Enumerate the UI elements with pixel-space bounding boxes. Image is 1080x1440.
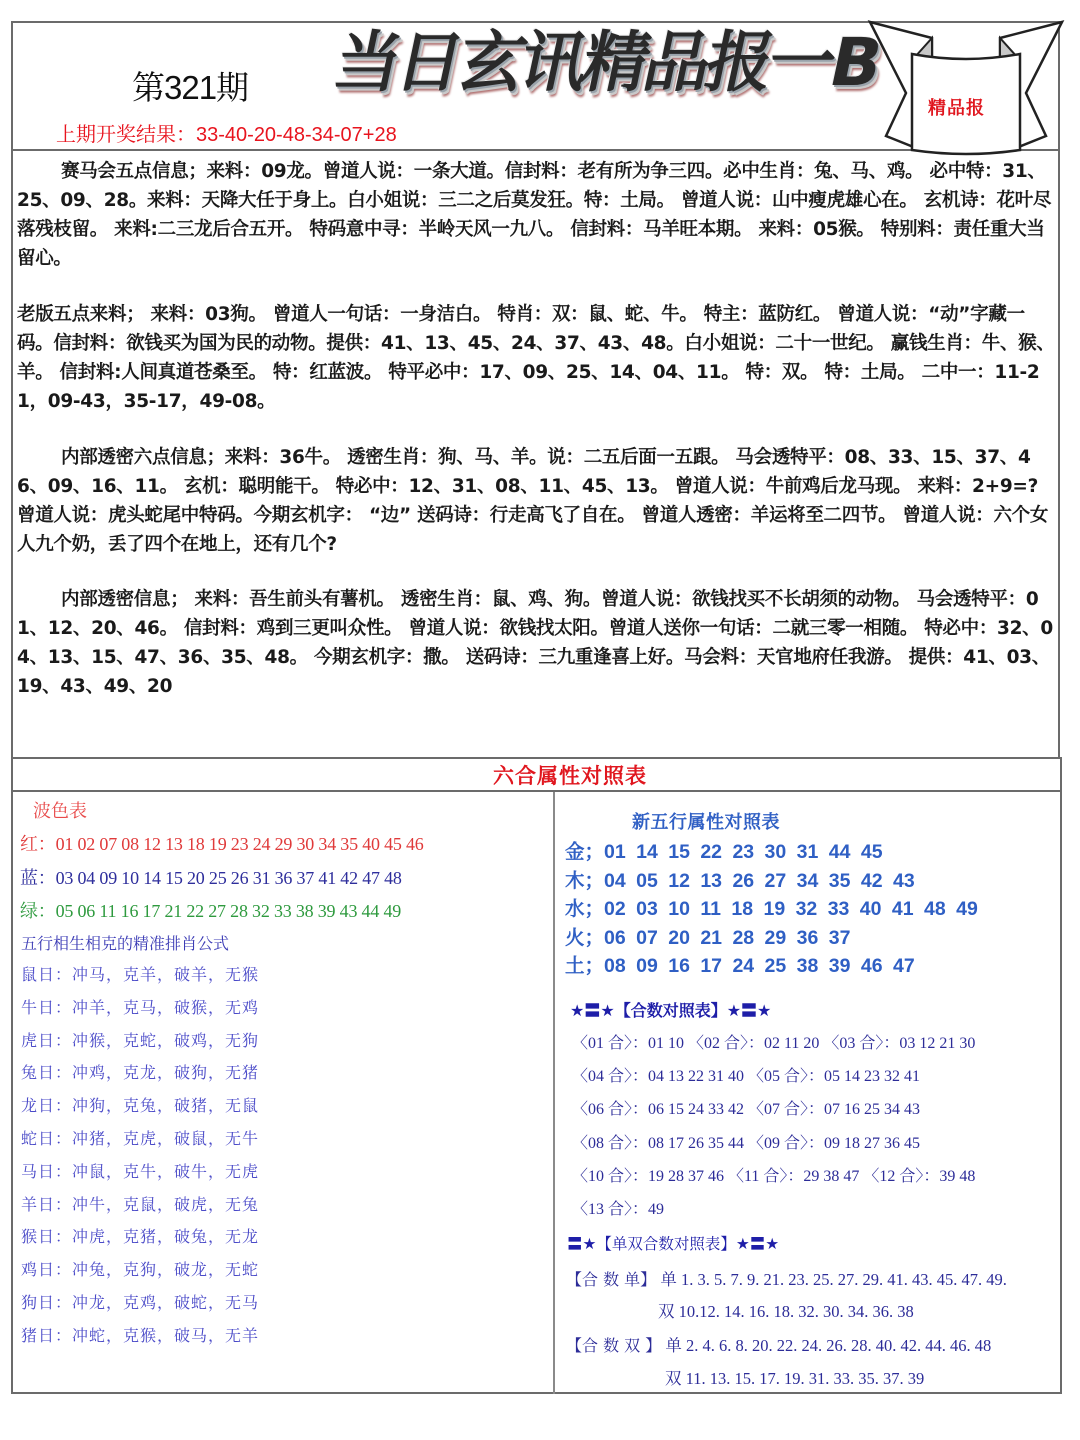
wuxing-numbers: 04 05 12 13 26 27 34 35 42 43 — [604, 870, 915, 892]
list-item: 〈01 合〉：01 10 〈02 合〉：02 11 20 〈03 合〉：03 1… — [572, 1030, 975, 1063]
wuxing-table-title: 新五行属性对照表 — [632, 808, 780, 834]
column-divider — [553, 792, 555, 1394]
wuxing-numbers: 01 14 15 22 23 30 31 44 45 — [604, 841, 883, 863]
info-paragraph-neibu-liudian: 内部透密六点信息；来料：36牛。 透密生肖：狗、马、羊。说：二五后面一五跟。 马… — [17, 443, 1057, 559]
ribbon-label: 精品报 — [928, 94, 985, 120]
wuxing-row-earth: 土；08 09 16 17 24 25 38 39 46 47 — [565, 950, 978, 979]
list-item: 〈06 合〉：06 15 24 33 42 〈07 合〉：07 16 25 34… — [572, 1096, 975, 1129]
wuxing-row-fire: 火；06 07 20 21 28 29 36 37 — [565, 922, 978, 951]
wuxing-list: 金；01 14 15 22 23 30 31 44 45 木；04 05 12 … — [565, 836, 978, 979]
issue-number: 第321期 — [132, 62, 248, 109]
attribute-table-title: 六合属性对照表 — [0, 760, 1080, 790]
wuxing-label: 水； — [565, 897, 604, 920]
list-item: 〈04 合〉：04 13 22 31 40 〈05 合〉：05 14 23 32… — [572, 1063, 975, 1096]
info-paragraph-neibu: 内部透密信息； 来料：吾生前头有薯机。 透密生肖：鼠、鸡、狗。曾道人说：欲钱找买… — [17, 585, 1057, 701]
wave-row-blue: 蓝：03 04 09 10 14 15 20 25 26 31 36 37 41… — [20, 864, 402, 890]
list-item: 牛日：冲羊，克马，破猴，无鸡 — [21, 995, 259, 1028]
list-item: 蛇日：冲猪，克虎，破鼠，无牛 — [21, 1126, 259, 1159]
list-item: 〈13 合〉：49 — [572, 1196, 975, 1229]
even-sum-single-values: 单 2. 4. 6. 8. 20. 22. 24. 26. 28. 40. 42… — [665, 1336, 991, 1355]
odd-sum-single-row: 【合 数 单】 单 1. 3. 5. 7. 9. 21. 23. 25. 27.… — [566, 1266, 1007, 1290]
list-item: 虎日：冲猴，克蛇，破鸡，无狗 — [21, 1028, 259, 1061]
wuxing-numbers: 06 07 20 21 28 29 36 37 — [604, 927, 850, 949]
odd-sum-tag: 【合 数 单】 — [566, 1270, 656, 1289]
wuxing-label: 木； — [565, 869, 604, 892]
wuxing-numbers: 08 09 16 17 24 25 38 39 46 47 — [604, 955, 915, 977]
wuxing-label: 火； — [565, 926, 604, 949]
formula-title: 五行相生相克的精准排肖公式 — [21, 931, 229, 954]
even-sum-single-row: 【合 数 双 】 单 2. 4. 6. 8. 20. 22. 24. 26. 2… — [566, 1332, 991, 1356]
wuxing-row-metal: 金；01 14 15 22 23 30 31 44 45 — [565, 836, 978, 865]
wuxing-row-wood: 木；04 05 12 13 26 27 34 35 42 43 — [565, 865, 978, 894]
banner-title: 当日玄讯精品报一B — [328, 30, 884, 96]
even-sum-double-row: 双 11. 13. 15. 17. 19. 31. 33. 35. 37. 39 — [665, 1365, 924, 1389]
list-item: 鼠日：冲马，克羊，破羊，无猴 — [21, 962, 259, 995]
table-title-divider — [11, 790, 1062, 792]
ribbon-badge-icon — [866, 18, 1066, 160]
list-item: 〈08 合〉：08 17 26 35 44 〈09 合〉：09 18 27 36… — [572, 1130, 975, 1163]
wave-table-title: 波色表 — [33, 797, 87, 823]
heshu-list: 〈01 合〉：01 10 〈02 合〉：02 11 20 〈03 合〉：03 1… — [572, 1030, 975, 1229]
wave-label: 红： — [20, 834, 56, 855]
list-item: 猴日：冲虎，克猪，破兔，无龙 — [21, 1224, 259, 1257]
list-item: 〈10 合〉：19 28 37 46 〈11 合〉：29 38 47 〈12 合… — [572, 1163, 975, 1196]
wave-label: 绿： — [20, 901, 56, 922]
odd-sum-double-row: 双 10.12. 14. 16. 18. 32. 30. 34. 36. 38 — [658, 1298, 914, 1322]
last-result-value: 33-40-20-48-34-07+28 — [196, 124, 397, 146]
wuxing-row-water: 水；02 03 10 11 18 19 32 33 40 41 48 49 — [565, 893, 978, 922]
list-item: 羊日：冲牛，克鼠，破虎，无兔 — [21, 1192, 259, 1225]
wuxing-numbers: 02 03 10 11 18 19 32 33 40 41 48 49 — [604, 898, 978, 920]
last-result-label: 上期开奖结果： — [56, 124, 196, 146]
odd-even-table-title: 〓★【单双合数对照表】★〓★ — [567, 1232, 779, 1254]
wuxing-label: 金； — [565, 840, 604, 863]
wuxing-label: 土； — [565, 954, 604, 977]
heshu-table-title: ★〓★【合数对照表】★〓★ — [570, 998, 771, 1021]
list-item: 鸡日：冲兔，克狗，破龙，无蛇 — [21, 1257, 259, 1290]
list-item: 兔日：冲鸡，克龙，破狗，无猪 — [21, 1060, 259, 1093]
wave-row-green: 绿：05 06 11 16 17 21 22 27 28 32 33 38 39… — [20, 897, 401, 923]
zodiac-formula-list: 鼠日：冲马，克羊，破羊，无猴 牛日：冲羊，克马，破猴，无鸡 虎日：冲猴，克蛇，破… — [21, 962, 259, 1356]
wave-label: 蓝： — [20, 868, 56, 889]
odd-sum-single-values: 单 1. 3. 5. 7. 9. 21. 23. 25. 27. 29. 41.… — [660, 1270, 1007, 1289]
list-item: 龙日：冲狗，克兔，破猪，无鼠 — [21, 1093, 259, 1126]
list-item: 猪日：冲蛇，克猴，破马，无羊 — [21, 1323, 259, 1356]
info-paragraph-saimahui: 赛马会五点信息；来料：09龙。曾道人说：一条大道。信封料：老有所为争三四。必中生… — [17, 157, 1057, 273]
wave-numbers: 03 04 09 10 14 15 20 25 26 31 36 37 41 4… — [56, 868, 402, 888]
list-item: 马日：冲鼠，克牛，破牛，无虎 — [21, 1159, 259, 1192]
info-paragraph-laoban: 老版五点来料； 来料：03狗。 曾道人一句话：一身洁白。 特肖：双：鼠、蛇、牛。… — [17, 300, 1057, 416]
wave-numbers: 01 02 07 08 12 13 18 19 23 24 29 30 34 3… — [56, 834, 424, 854]
wave-numbers: 05 06 11 16 17 21 22 27 28 32 33 38 39 4… — [56, 901, 401, 921]
list-item: 狗日：冲龙，克鸡，破蛇，无马 — [21, 1290, 259, 1323]
wave-row-red: 红：01 02 07 08 12 13 18 19 23 24 29 30 34… — [20, 830, 424, 856]
even-sum-tag: 【合 数 双 】 — [566, 1336, 661, 1355]
last-draw-result: 上期开奖结果：33-40-20-48-34-07+28 — [56, 118, 397, 147]
